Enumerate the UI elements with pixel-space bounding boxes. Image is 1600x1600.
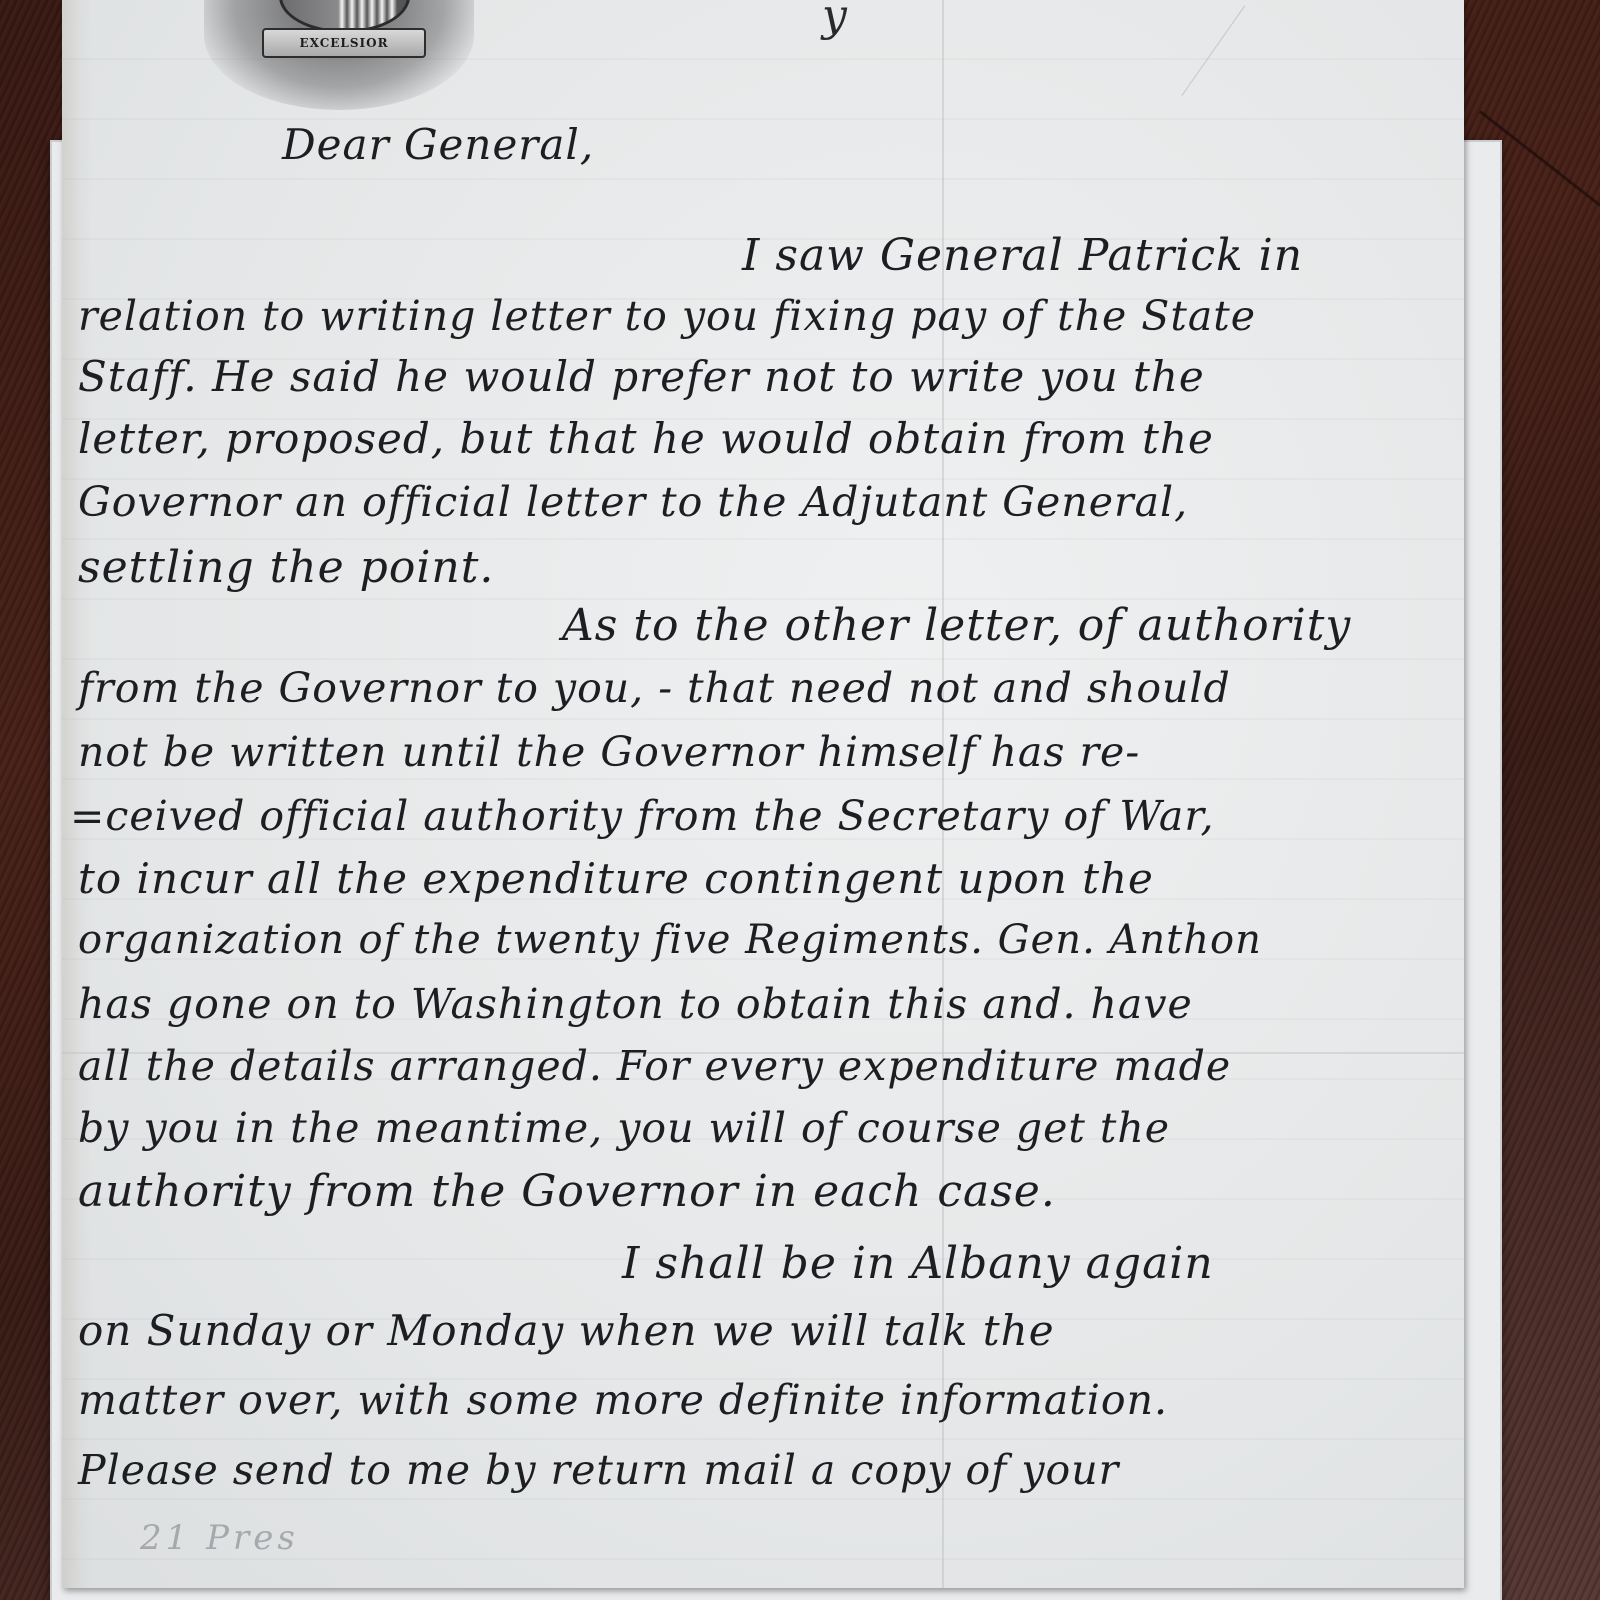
- letter-line: settling the point.: [78, 546, 494, 590]
- letter-line: from the Governor to you, - that need no…: [78, 668, 1231, 709]
- letter-line: authority from the Governor in each case…: [78, 1170, 1056, 1214]
- letter-line: I saw General Patrick in: [742, 234, 1303, 278]
- letter-line: all the details arranged. For every expe…: [78, 1046, 1231, 1087]
- seal-motto: EXCELSIOR: [299, 36, 388, 50]
- motto-ribbon: EXCELSIOR: [262, 28, 426, 58]
- date-fragment: y: [822, 0, 847, 41]
- letter-page: EXCELSIOR y Dear General, I saw General …: [62, 0, 1464, 1588]
- letter-line: As to the other letter, of authority: [562, 604, 1351, 648]
- letter-line: on Sunday or Monday when we will talk th…: [78, 1310, 1055, 1352]
- letterhead-seal: EXCELSIOR: [184, 0, 504, 115]
- letter-line: not be written until the Governor himsel…: [78, 732, 1140, 773]
- letter-line: I shall be in Albany again: [622, 1242, 1214, 1286]
- pencil-annotation: 21 Pres: [140, 1518, 299, 1558]
- letter-line: =ceived official authority from the Secr…: [70, 796, 1215, 837]
- letter-line: has gone on to Washington to obtain this…: [78, 984, 1193, 1025]
- letter-line: relation to writing letter to you fixing…: [78, 296, 1256, 337]
- pencil-mark: [1181, 5, 1343, 165]
- letter-line: by you in the meantime, you will of cour…: [78, 1108, 1170, 1149]
- salutation: Dear General,: [282, 120, 594, 169]
- letter-line: Staff. He said he would prefer not to wr…: [78, 356, 1205, 398]
- letter-line: Please send to me by return mail a copy …: [78, 1450, 1119, 1491]
- letter-line: matter over, with some more definite inf…: [78, 1380, 1168, 1421]
- letter-line: letter, proposed, but that he would obta…: [78, 418, 1214, 460]
- letter-line: Governor an official letter to the Adjut…: [78, 482, 1188, 523]
- letter-line: organization of the twenty five Regiment…: [78, 920, 1262, 960]
- letter-line: to incur all the expenditure contingent …: [78, 858, 1154, 900]
